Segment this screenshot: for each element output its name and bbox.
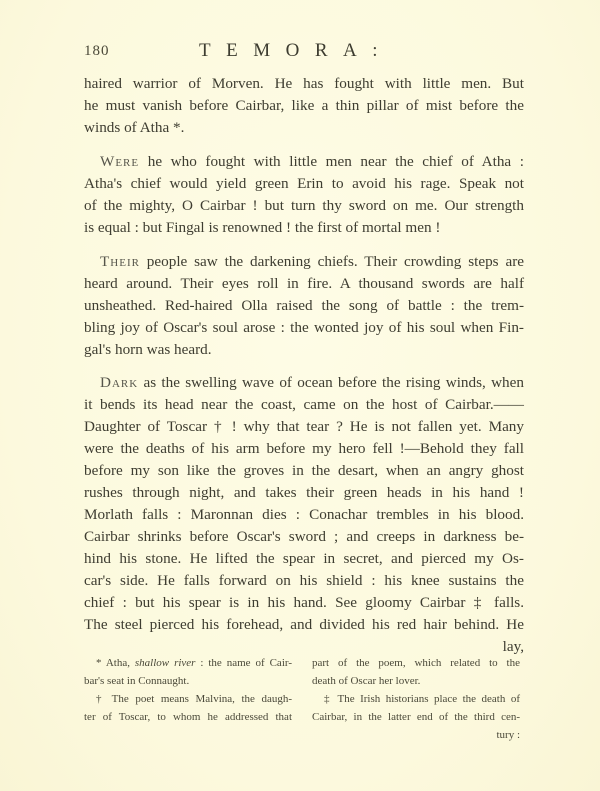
text-line: Their people saw the darkening chiefs. T… [84,251,524,273]
small-caps-lead: Their [100,253,140,270]
footnote-irish-historians: ‡ The Irish historians place the death o… [312,690,520,708]
small-caps-lead: Were [100,153,139,170]
running-title: TEMORA: [199,40,393,62]
footnote-catchword: tury : [312,726,520,744]
text-line: chief : but his spear is in his hand. Se… [84,592,524,614]
footnote-line: ter of Toscar, to whom he addressed that [84,708,292,726]
text-line: hind his stone. He lifted the spear in s… [84,548,524,570]
text-line: winds of Atha *. [84,117,524,139]
text-line: Morlath falls : Maronnan dies : Conachar… [84,504,524,526]
text-line: Atha's chief would yield green Erin to a… [84,173,524,195]
text-line: heard around. Their eyes roll in fire. A… [84,273,524,295]
footnote-malvina: † The poet means Malvina, the daugh- [84,690,292,708]
footnote-line: death of Oscar her lover. [312,672,520,690]
page-number: 180 [84,43,110,60]
text-line: Dark as the swelling wave of ocean befor… [84,372,524,394]
text-line: he must vanish before Cairbar, like a th… [84,95,524,117]
paragraph-their: Their people saw the darkening chiefs. T… [84,251,524,361]
footnote-line: bar's seat in Connaught. [84,672,292,690]
text-line: it bends its head near the coast, came o… [84,394,524,416]
text-line: were the deaths of his arm before my her… [84,438,524,460]
paragraph-were: Were he who fought with little men near … [84,151,524,239]
footnote-line: Cairbar, in the latter end of the third … [312,708,520,726]
footnote-atha: * Atha, shallow river : the name of Cair… [84,654,292,672]
text-line: unsheathed. Red-haired Olla raised the s… [84,295,524,317]
text-line: before my son like the groves in the des… [84,460,524,482]
small-caps-lead: Dark [100,374,138,391]
book-page: 180 TEMORA: haired warrior of Morven. He… [0,0,600,791]
text-line: gal's horn was heard. [84,339,524,361]
footnote-column-left: * Atha, shallow river : the name of Cair… [84,654,292,726]
page-header: 180 TEMORA: [84,40,524,64]
text-line: is equal : but Fingal is renowned ! the … [84,217,524,239]
paragraph-continuation: haired warrior of Morven. He has fought … [84,73,524,139]
text-line: Cairbar shrinks before Oscar's sword ; a… [84,526,524,548]
text-line: car's side. He falls forward on his shie… [84,570,524,592]
text-line: The steel pierced his forehead, and divi… [84,614,524,636]
text-line: bling joy of Oscar's soul arose : the wo… [84,317,524,339]
text-line: rushes through night, and takes their gr… [84,482,524,504]
paragraph-dark: Dark as the swelling wave of ocean befor… [84,372,524,658]
text-line: of the mighty, O Cairbar ! but turn thy … [84,195,524,217]
text-line: haired warrior of Morven. He has fought … [84,73,524,95]
text-line: Were he who fought with little men near … [84,151,524,173]
footnote-line: part of the poem, which related to the [312,654,520,672]
text-line: Daughter of Toscar † ! why that tear ? H… [84,416,524,438]
footnote-column-right: part of the poem, which related to the d… [312,654,520,744]
